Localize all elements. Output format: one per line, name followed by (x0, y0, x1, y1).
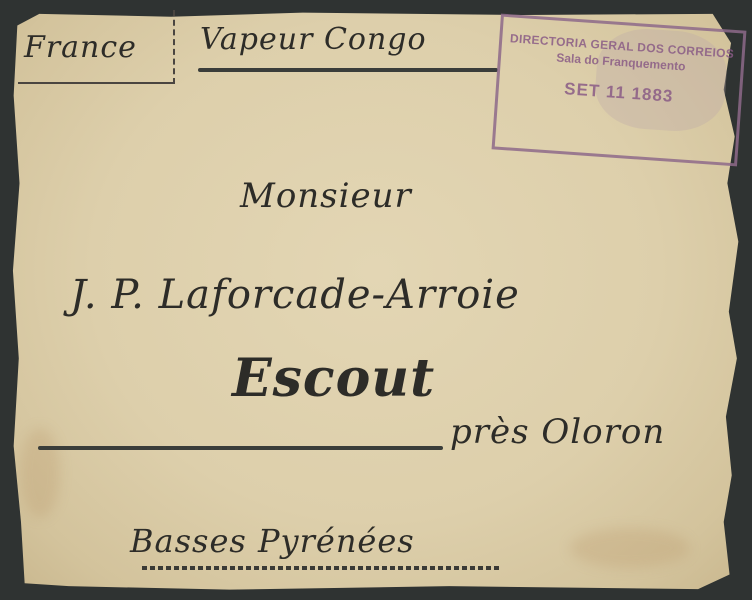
postmark: DIRECTORIA GERAL DOS CORREIOS Sala do Fr… (492, 14, 747, 167)
addressee-name: J. P. Laforcade-Arroie (70, 272, 520, 318)
postmark-date: SET 11 1883 (498, 75, 739, 112)
stain (570, 528, 690, 568)
stain (20, 428, 60, 518)
department: Basses Pyrénées (130, 522, 415, 560)
corner-note: France (24, 30, 137, 65)
routing-note: Vapeur Congo (200, 22, 427, 57)
town: Escout (232, 348, 435, 409)
town-underline (38, 446, 443, 450)
routing-underline (198, 68, 498, 72)
locality: près Oloron (450, 412, 665, 452)
department-underline (142, 566, 502, 570)
salutation: Monsieur (240, 176, 412, 216)
